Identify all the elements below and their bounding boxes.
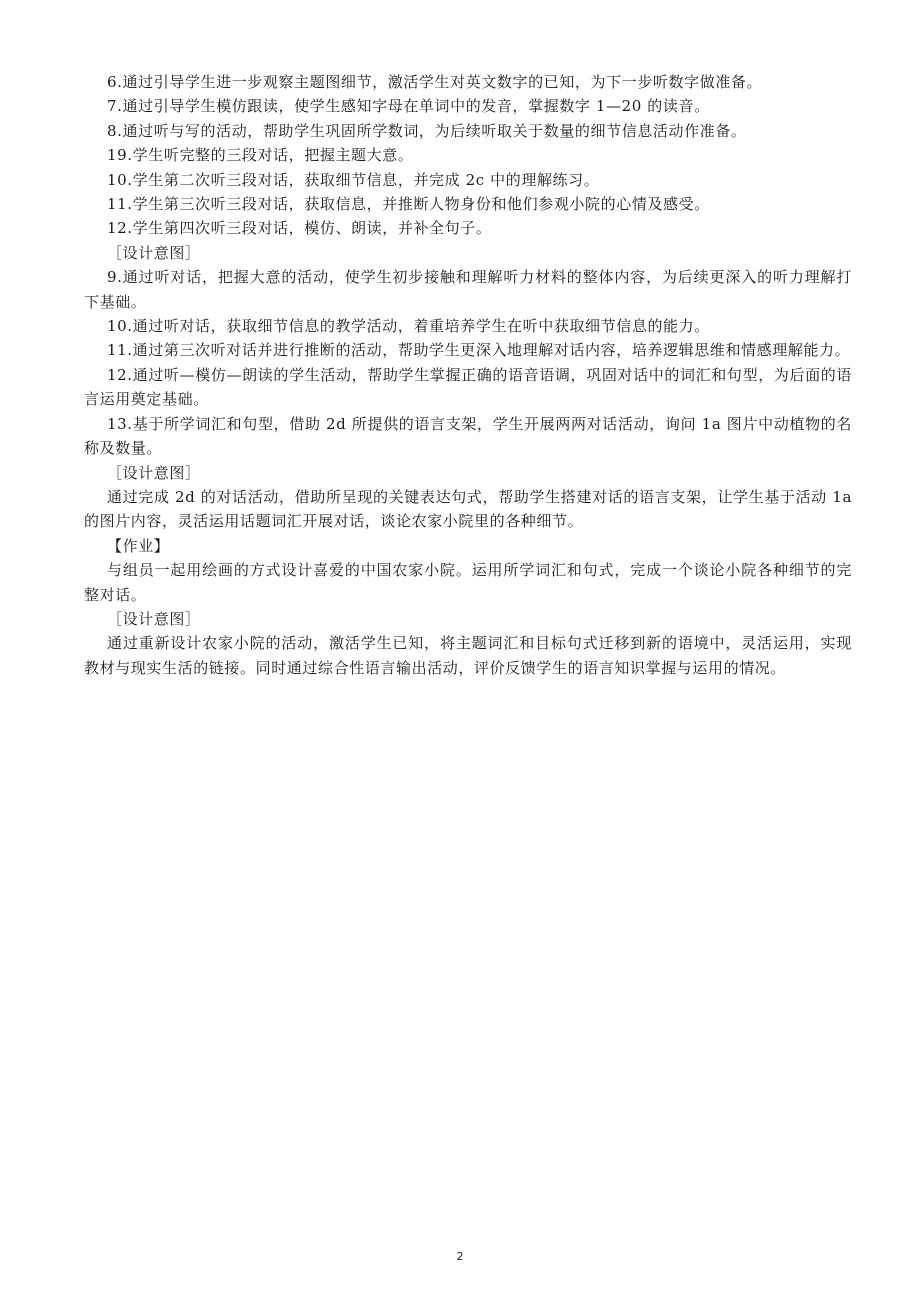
homework-intent-paragraph: 通过重新设计农家小院的活动，激活学生已知，将主题词汇和目标句式迁移到新的语境中，… [84,631,852,680]
paragraph-19: 19.学生听完整的三段对话，把握主题大意。 [84,143,852,167]
intent-paragraph-12: 12.通过听—模仿—朗读的学生活动，帮助学生掌握正确的语音语调，巩固对话中的词汇… [84,363,852,412]
document-body: 6.通过引导学生进一步观察主题图细节，激活学生对英文数字的已知，为下一步听数字做… [84,70,852,680]
paragraph-11: 11.学生第三次听三段对话，获取信息，并推断人物身份和他们参观小院的心情及感受。 [84,192,852,216]
paragraph-12: 12.学生第四次听三段对话，模仿、朗读，并补全句子。 [84,216,852,240]
intent-paragraph-10: 10.通过听对话，获取细节信息的教学活动，着重培养学生在听中获取细节信息的能力。 [84,314,852,338]
design-intent-heading: ［设计意图］ [84,461,852,485]
homework-heading: 【作业】 [84,534,852,558]
page-number: 2 [0,1250,920,1263]
design-intent-heading: ［设计意图］ [84,607,852,631]
paragraph-10: 10.学生第二次听三段对话，获取细节信息，并完成 2c 中的理解练习。 [84,168,852,192]
paragraph-13: 13.基于所学词汇和句型，借助 2d 所提供的语言支架，学生开展两两对话活动，询… [84,412,852,461]
design-intent-heading: ［设计意图］ [84,241,852,265]
homework-paragraph: 与组员一起用绘画的方式设计喜爱的中国农家小院。运用所学词汇和句式，完成一个谈论小… [84,558,852,607]
paragraph-8: 8.通过听与写的活动，帮助学生巩固所学数词，为后续听取关于数量的细节信息活动作准… [84,119,852,143]
paragraph-6: 6.通过引导学生进一步观察主题图细节，激活学生对英文数字的已知，为下一步听数字做… [84,70,852,94]
intent-paragraph-9: 9.通过听对话，把握大意的活动，使学生初步接触和理解听力材料的整体内容，为后续更… [84,265,852,314]
intent-paragraph-13: 通过完成 2d 的对话活动，借助所呈现的关键表达句式，帮助学生搭建对话的语言支架… [84,485,852,534]
paragraph-7: 7.通过引导学生模仿跟读，使学生感知字母在单词中的发音，掌握数字 1—20 的读… [84,94,852,118]
intent-paragraph-11: 11.通过第三次听对话并进行推断的活动，帮助学生更深入地理解对话内容，培养逻辑思… [84,338,852,362]
